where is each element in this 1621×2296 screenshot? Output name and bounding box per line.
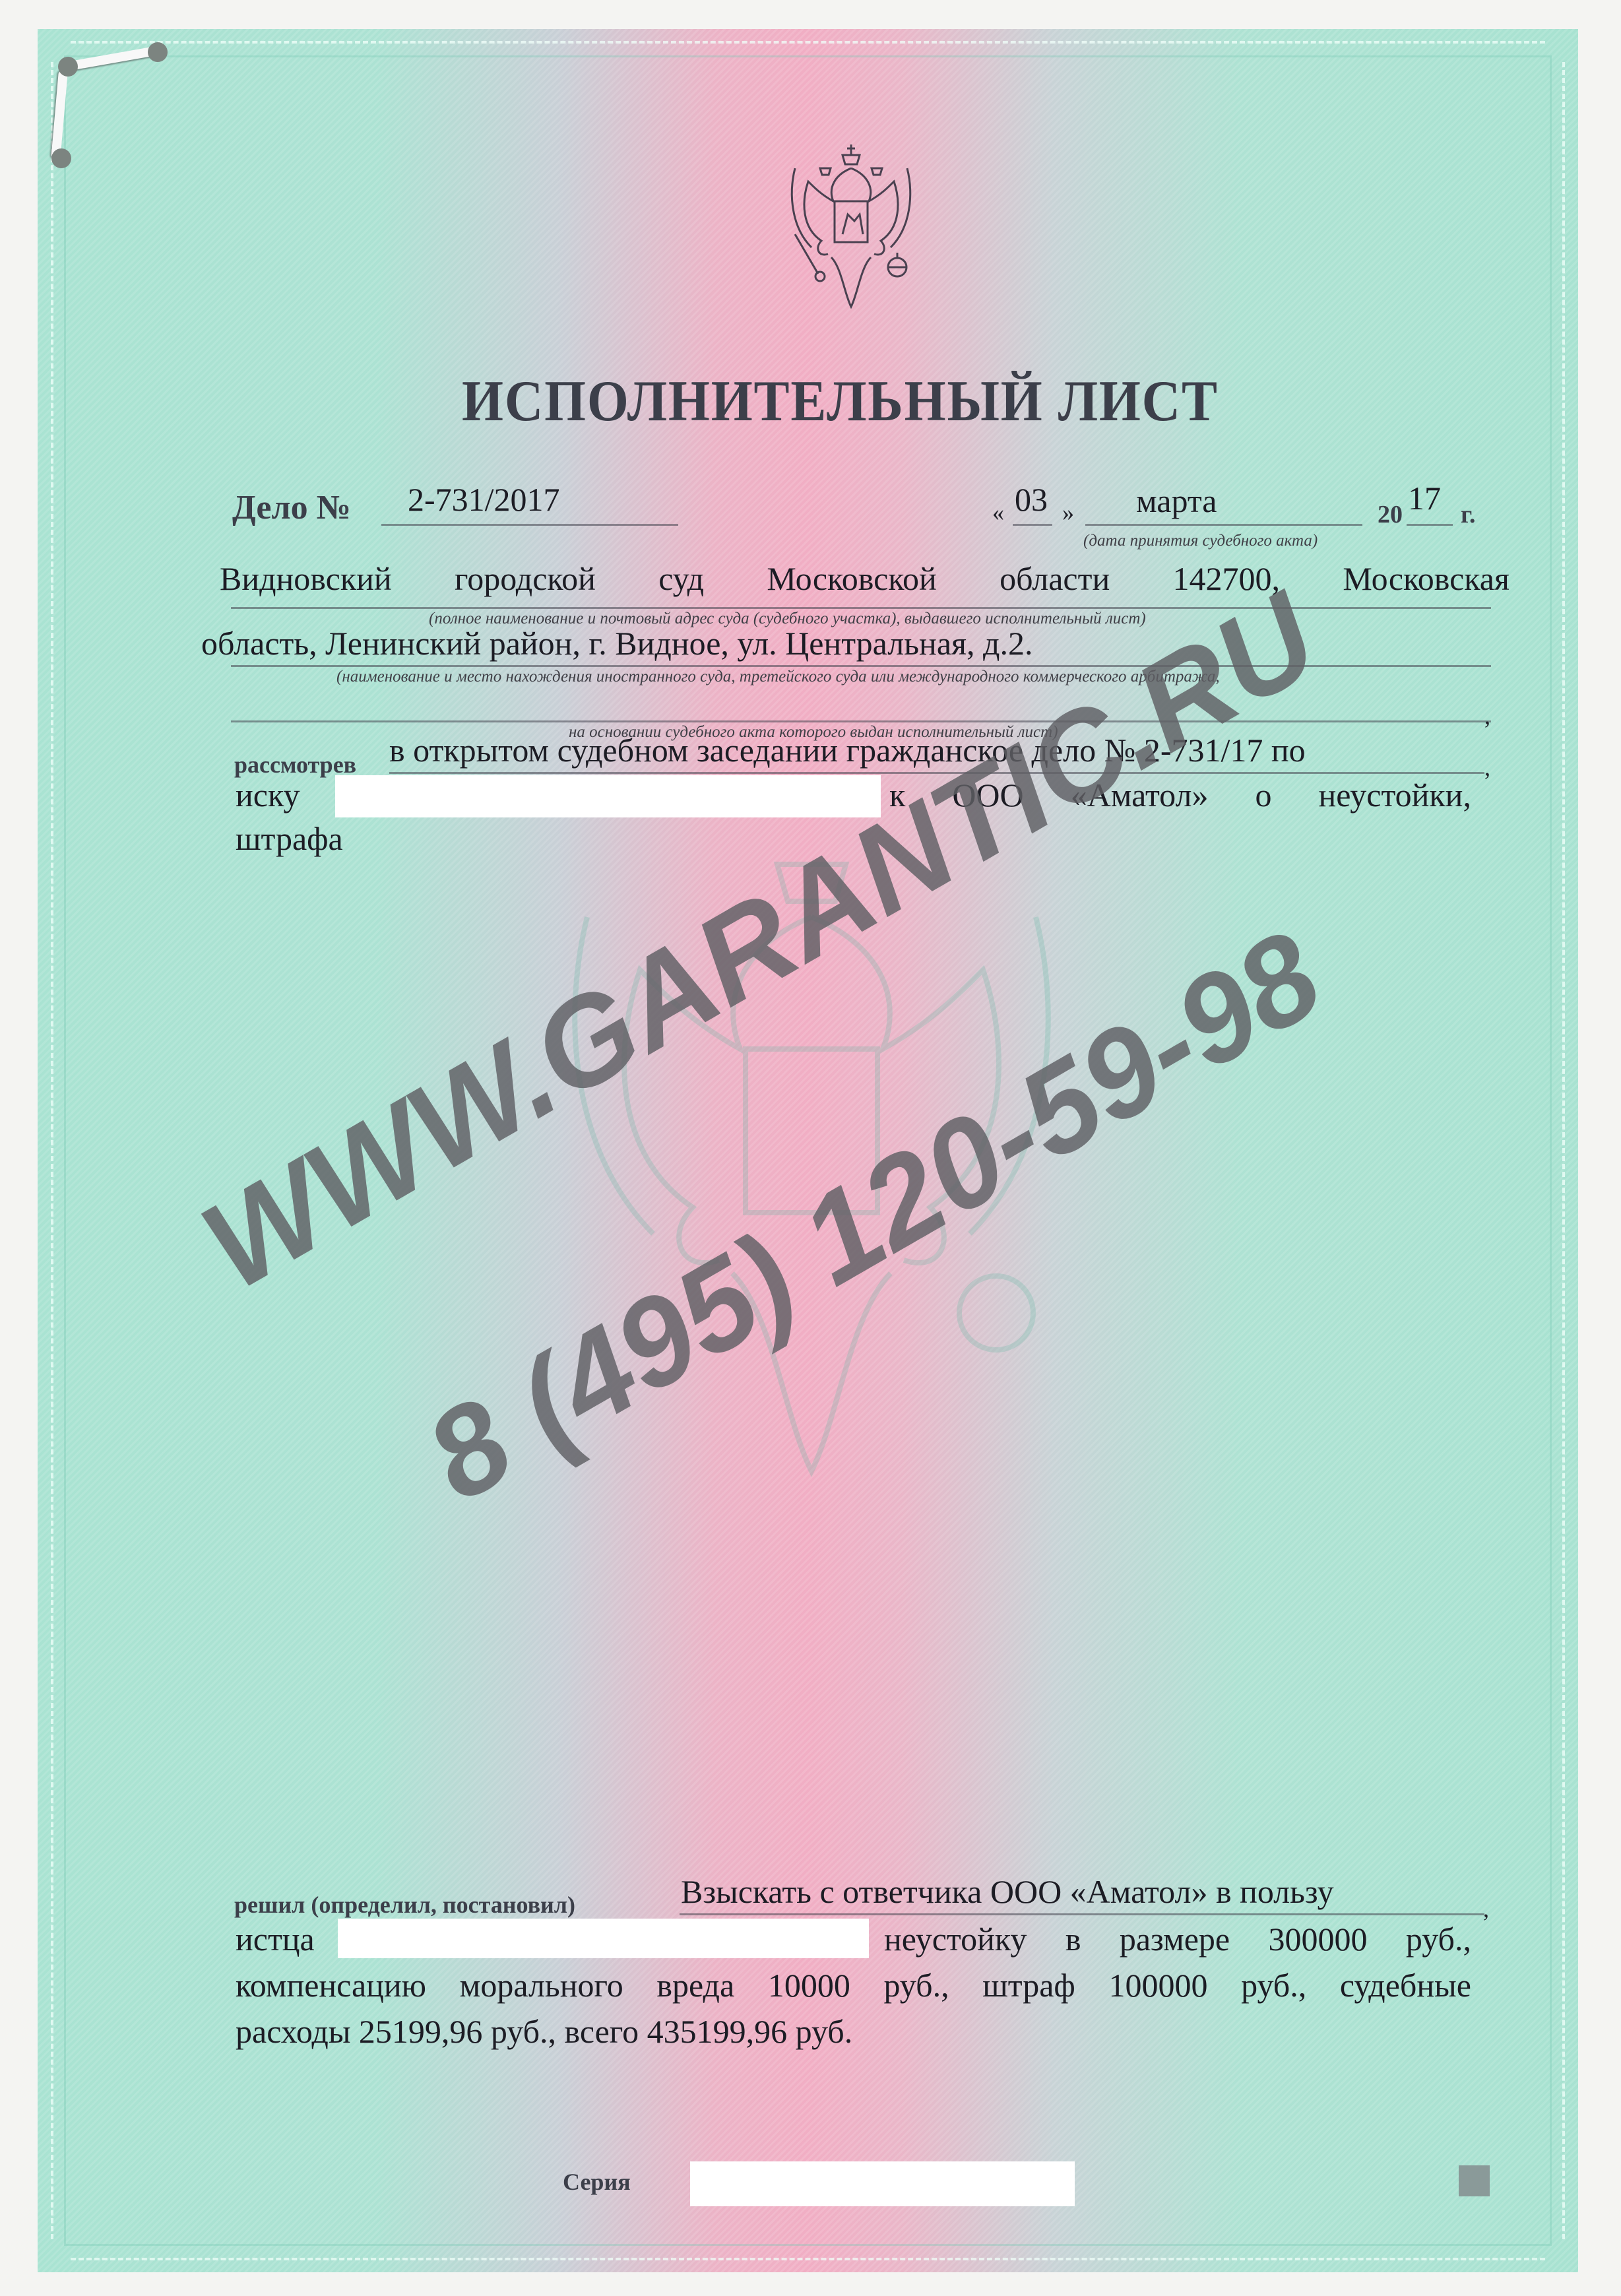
decision-word: компенсацию [236, 1966, 426, 2004]
decision-word: в [1065, 1920, 1081, 1958]
series-label: Серия [563, 2168, 631, 2196]
court-line-1: Видновский городской суд Московской обла… [220, 559, 1510, 598]
moral-damage-amount: 10000 [768, 1966, 850, 2004]
decision-line-2-start: истца [236, 1920, 315, 1958]
date-open-quote: « [992, 499, 1004, 526]
stitch-right [1562, 62, 1565, 2239]
document-title: ИСПОЛНИТЕЛЬНЫЙ ЛИСТ [462, 368, 1219, 435]
decision-line-1: Взыскать с ответчика ООО «Аматол» в поль… [681, 1872, 1334, 1911]
considered-word: неустойки, [1319, 776, 1471, 814]
considered-label: рассмотрев [234, 751, 356, 779]
court-word: суд [658, 559, 704, 598]
date-day: 03 [1015, 480, 1048, 519]
decision-word: вреда [656, 1966, 734, 2004]
case-number: 2-731/2017 [408, 480, 560, 519]
court-word: Московская [1343, 559, 1510, 598]
stitch-bottom [71, 2258, 1545, 2260]
considered-line-2-start: иску [236, 776, 300, 814]
date-close-quote: » [1062, 499, 1074, 526]
court-line-1-underline [231, 607, 1491, 609]
fine-amount: 100000 [1108, 1966, 1207, 2004]
considered-line-3: штрафа [236, 819, 343, 858]
decision-word: руб., [1241, 1966, 1306, 2004]
date-hint: (дата принятия судебного акта) [1083, 532, 1318, 550]
decision-word: руб., [1406, 1920, 1471, 1958]
court-line-3-underline [231, 720, 1491, 722]
date-year-prefix: 20 [1378, 500, 1403, 529]
redacted-plaintiff-name [335, 775, 881, 817]
decision-word: размере [1120, 1920, 1230, 1958]
court-word: Московской [767, 559, 936, 598]
decision-word: морального [460, 1966, 623, 2004]
considered-word: о [1255, 776, 1272, 814]
decision-line-3: компенсацию морального вреда 10000 руб.,… [236, 1966, 1471, 2004]
case-label: Дело № [232, 488, 351, 527]
case-number-underline [381, 524, 678, 526]
court-word: городской [455, 559, 596, 598]
decision-line-1-underline [680, 1913, 1484, 1915]
date-year-suffix: 17 [1408, 479, 1441, 517]
considered-trailing-comma: , [1484, 753, 1490, 781]
decision-word: неустойку [884, 1920, 1027, 1958]
decision-trailing-comma: , [1483, 1895, 1489, 1923]
court-word: области [1000, 559, 1110, 598]
penalty-amount: 300000 [1268, 1920, 1367, 1958]
redacted-plaintiff-name [338, 1919, 869, 1958]
corner-marker-square [1459, 2165, 1490, 2196]
stitch-left [51, 62, 53, 2239]
date-month-underline [1085, 524, 1362, 526]
date-month: марта [1136, 482, 1217, 520]
court-word: Видновский [220, 559, 392, 598]
court-trailing-comma: , [1484, 702, 1490, 730]
date-year-unit: г. [1461, 500, 1475, 529]
decision-word: судебные [1340, 1966, 1471, 2004]
decision-line-4-total: расходы 25199,96 руб., всего 435199,96 р… [236, 2012, 852, 2051]
decision-word: штраф [982, 1966, 1075, 2004]
decision-word: руб., [883, 1966, 949, 2004]
decision-line-2: неустойку в размере 300000 руб., [884, 1920, 1471, 1958]
russian-coat-of-arms-icon [782, 142, 920, 317]
stitch-top [71, 41, 1545, 44]
court-line-2: область, Ленинский район, г. Видное, ул.… [201, 624, 1033, 662]
date-day-underline [1013, 524, 1052, 526]
decision-label: решил (определил, постановил) [234, 1891, 575, 1919]
date-year-underline [1407, 524, 1453, 526]
redacted-series-value [690, 2161, 1075, 2206]
